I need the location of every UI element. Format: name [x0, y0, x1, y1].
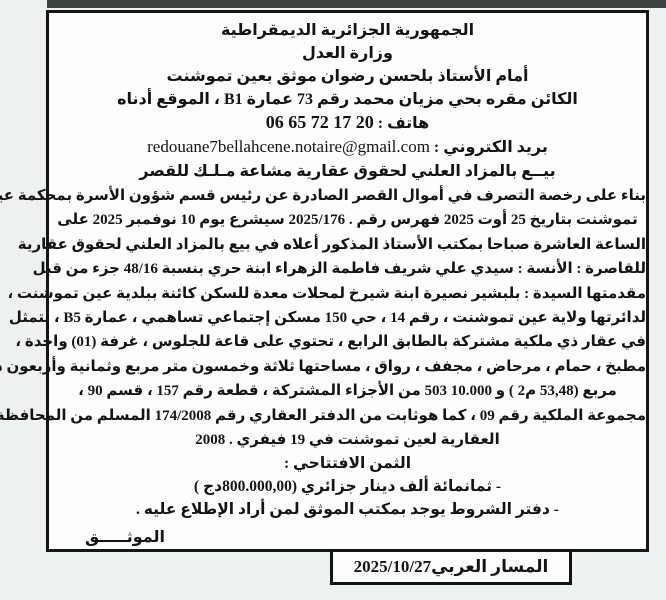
body-line: مطبخ ، حمام ، مرحاض ، مجفف ، رواق ، مساح… — [49, 355, 646, 379]
ministry-title: وزارة العدل — [49, 42, 646, 65]
auction-subject-title: بيــع بالمزاد العلني لحقوق عقارية مشاعة … — [49, 159, 646, 184]
body-line: الساعة العاشرة صباحا بمكتب الأستاذ المذك… — [49, 233, 646, 257]
republic-title: الجمهورية الجزائرية الديمقراطية — [49, 19, 646, 42]
email-address: redouane7bellahcene.notaire@gmail.com — [147, 137, 430, 156]
body-line: مربع (53,48 م2 ) و 10.000 503 من الأجزاء… — [49, 379, 646, 403]
scanned-legal-notice: { "page": { "outer_bg": "#edf1f2", "pape… — [0, 0, 666, 600]
body-line: في عقار ذي ملكية مشتركة بالطابق الرابع ،… — [49, 330, 646, 354]
body-line: مجموعة الملكية رقم 09 ، كما هوثابت من ال… — [49, 404, 646, 428]
opening-price-title: الثمن الافتتاحي : — [49, 452, 646, 475]
notary-name-line: أمام الأستاذ بلحسن رضوان موثق بعين تموشن… — [49, 65, 646, 88]
publication-date: 2025/10/27 — [354, 557, 431, 577]
body-line: مقدمتها السيدة : بلبشير نصيرة ابنة شيرخ … — [49, 282, 646, 306]
body-line: للقاصرة : الأنسة : سيدي علي شريف فاطمة ا… — [49, 257, 646, 281]
conditions-booklet-line: - دفتر الشروط يوجد بمكتب الموثق لمن أراد… — [49, 498, 646, 521]
email-line: بريد الكتروني : redouane7bellahcene.nota… — [49, 135, 646, 159]
body-line: بناء على رخصة التصرف في أموال القصر الصا… — [49, 184, 646, 208]
notice-content: الجمهورية الجزائرية الديمقراطية وزارة ال… — [49, 13, 646, 521]
notice-body: بناء على رخصة التصرف في أموال القصر الصا… — [49, 184, 646, 452]
newspaper-name: المسار العربي — [431, 557, 548, 577]
phone-number: 06 65 72 17 20 — [266, 112, 374, 132]
body-line: العقارية لعين تموشنت في 19 فيفري . 2008 — [49, 428, 646, 452]
opening-price-amount: - ثمانمائة ألف دينار جزائري (800.000,00د… — [49, 475, 646, 498]
body-line: تموشنت بتاريخ 25 أوت 2025 فهرس رقم . 202… — [49, 208, 646, 232]
newspaper-date-box: المسار العربي2025/10/27 — [330, 549, 572, 585]
notary-address-line: الكائن مقره بحي مزيان محمد رقم 73 عمارة … — [49, 88, 646, 111]
notary-signature-label: الموثـــــق — [85, 527, 165, 547]
notice-frame: الجمهورية الجزائرية الديمقراطية وزارة ال… — [46, 10, 649, 552]
email-label: بريد الكتروني : — [434, 139, 548, 156]
phone-line: هاتف : 06 65 72 17 20 — [49, 111, 646, 135]
adjacent-ad-divider-bar — [47, 0, 666, 8]
body-line: لدائرتها ولاية عين تموشنت ، رقم 14 ، حي … — [49, 306, 646, 330]
phone-label: هاتف : — [378, 115, 430, 132]
